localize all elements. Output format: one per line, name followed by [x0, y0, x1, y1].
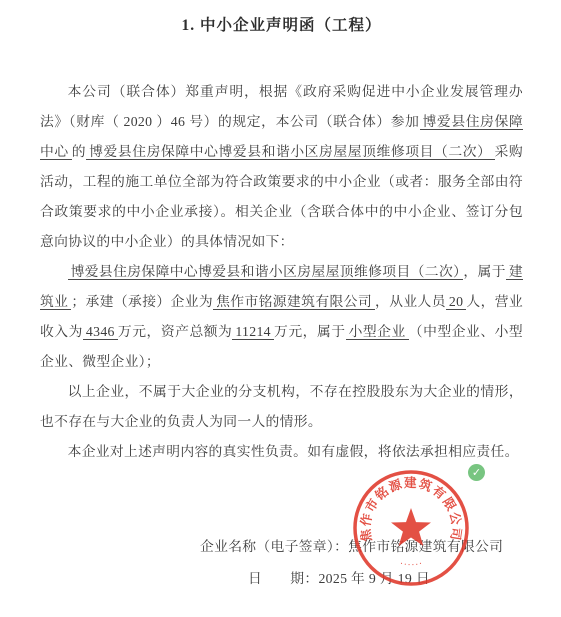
enterprise-text-5: 万元，资产总额为 — [118, 324, 233, 339]
project-name-underlined-2: 博爱县住房保障中心博爱县和谐小区房屋屋顶维修项目（二次） — [68, 264, 464, 280]
declaration-text-2: 的 — [72, 144, 86, 159]
doc-title: 1. 中小企业声明函（工程） — [40, 14, 523, 38]
no-affiliation-paragraph: 以上企业，不属于大企业的分支机构，不存在控股股东为大企业的情形，也不存在与大企业… — [40, 377, 523, 437]
signature-company-line: 企业名称（电子签章）：焦作市铭源建筑有限公司 — [200, 531, 523, 563]
contractor-name-underlined: 焦作市铭源建筑有限公司 — [213, 294, 375, 310]
total-assets-underlined: 11214 — [232, 324, 273, 340]
enterprise-text-1: ，属于 — [463, 264, 506, 279]
document-page: 1. 中小企业声明函（工程） 本公司（联合体）郑重声明，根据《政府采购促进中小企… — [0, 0, 561, 617]
signature-date-line: 日 期：2025 年 9 月 19 日 — [248, 563, 523, 595]
signature-date-label: 日 期： — [248, 571, 318, 586]
enterprise-text-3: ，从业人员 — [375, 294, 446, 309]
responsibility-paragraph: 本企业对上述声明内容的真实性负责。如有虚假，将依法承担相应责任。 — [40, 437, 523, 467]
signature-date-value: 2025 年 9 月 19 日 — [318, 571, 429, 586]
enterprise-text-6: 万元，属于 — [274, 324, 346, 339]
enterprise-info-paragraph: 博爱县住房保障中心博爱县和谐小区房屋屋顶维修项目（二次），属于建筑业；承建（承接… — [40, 257, 523, 377]
enterprise-size-underlined: 小型企业 — [346, 324, 409, 340]
revenue-underlined: 4346 — [83, 324, 118, 340]
signature-block: 企业名称（电子签章）：焦作市铭源建筑有限公司 日 期：2025 年 9 月 19… — [40, 531, 523, 595]
declaration-paragraph: 本公司（联合体）郑重声明，根据《政府采购促进中小企业发展管理办法》（财库（ 20… — [40, 77, 523, 257]
signature-company-label: 企业名称（电子签章）： — [200, 539, 348, 554]
employee-count-underlined: 20 — [446, 294, 466, 310]
verified-check-icon: ✓ — [468, 464, 485, 481]
signature-company-value: 焦作市铭源建筑有限公司 — [348, 539, 503, 554]
enterprise-text-2: ；承建（承接）企业为 — [71, 294, 213, 309]
project-name-underlined: 博爱县住房保障中心博爱县和谐小区房屋屋顶维修项目（二次） — [86, 144, 494, 160]
